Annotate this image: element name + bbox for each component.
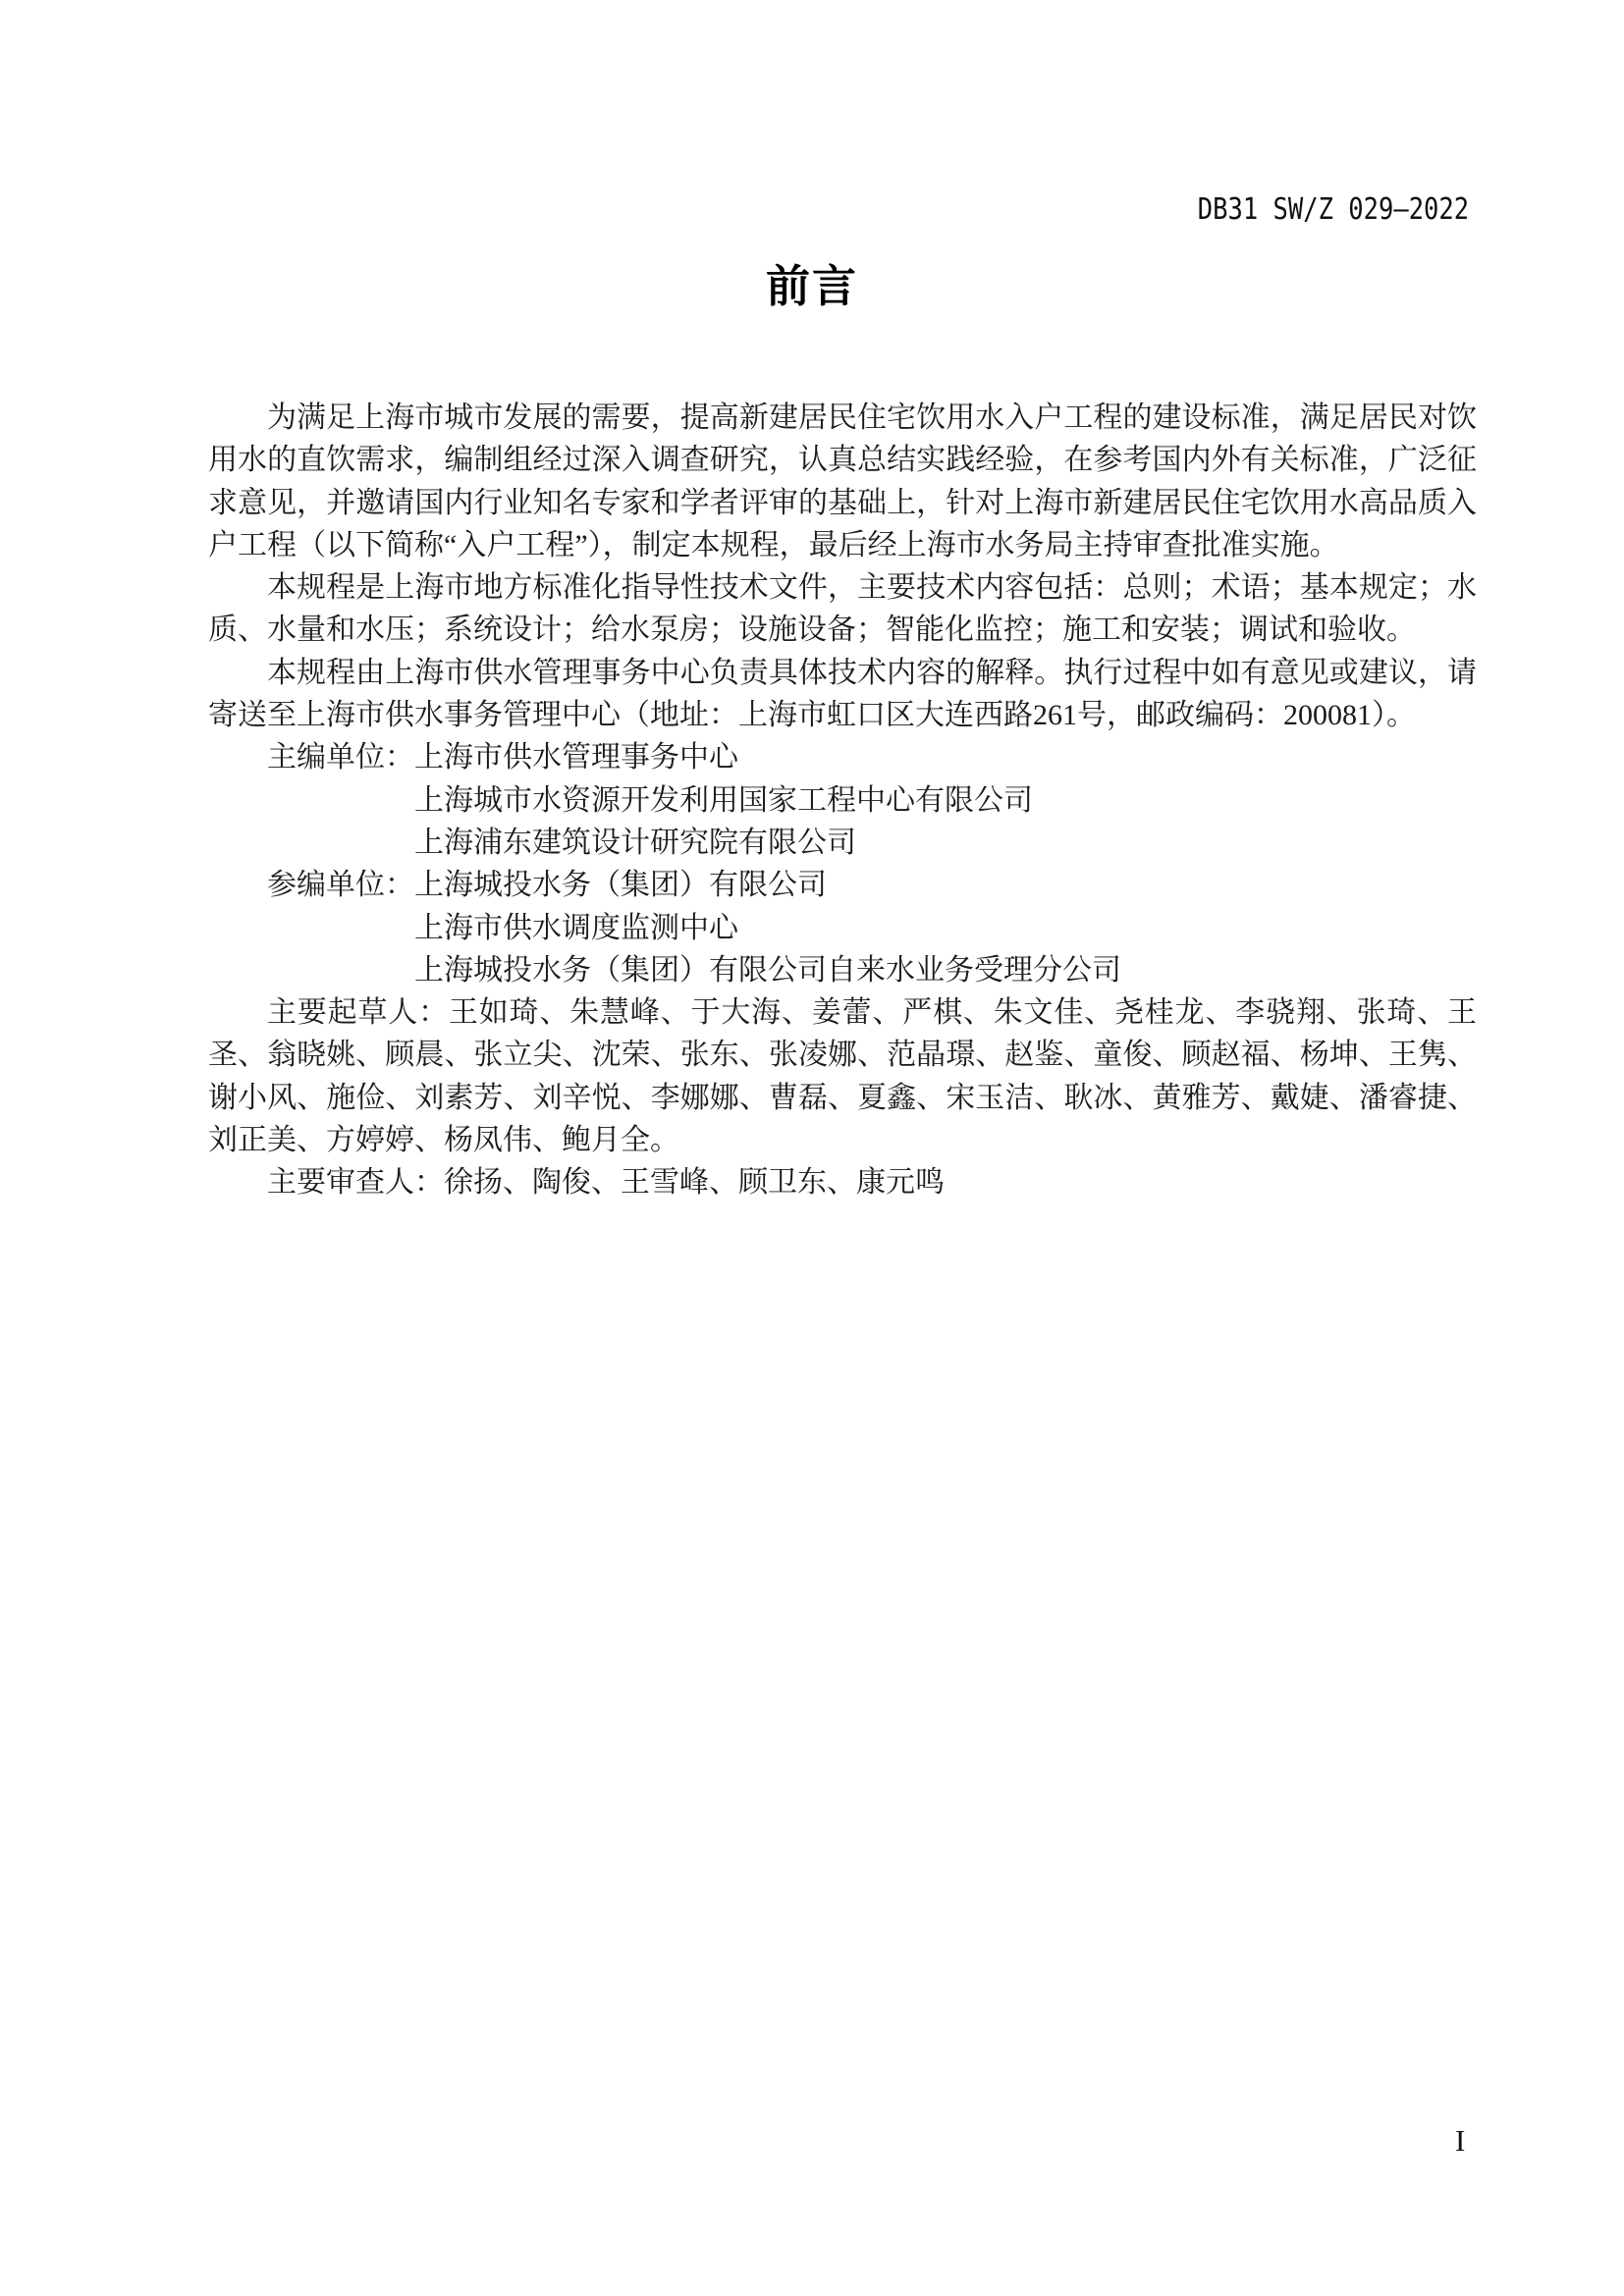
unit-name: 上海城市水资源开发利用国家工程中心有限公司 [414, 779, 1477, 822]
standard-code: DB31 SW/Z 029—2022 [1198, 192, 1469, 227]
unit-name: 上海城投水务（集团）有限公司 [414, 864, 1477, 906]
unit-name: 上海市供水调度监测中心 [414, 907, 1477, 949]
foreword-paragraph-1: 为满足上海市城市发展的需要，提高新建居民住宅饮用水入户工程的建设标准，满足居民对… [208, 397, 1477, 566]
reviewers-paragraph: 主要审查人：徐扬、陶俊、王雪峰、顾卫东、康元鸣 [208, 1161, 1477, 1203]
co-editor-units: 上海城投水务（集团）有限公司 上海市供水调度监测中心 上海城投水务（集团）有限公… [414, 864, 1477, 991]
unit-name: 上海浦东建筑设计研究院有限公司 [414, 822, 1477, 864]
reviewers-label: 主要审查人： [267, 1166, 444, 1199]
foreword-paragraph-3: 本规程由上海市供水管理事务中心负责具体技术内容的解释。执行过程中如有意见或建议，… [208, 652, 1477, 737]
drafters-label: 主要起草人： [267, 996, 449, 1029]
co-editor-label: 参编单位： [267, 864, 414, 991]
drafters-paragraph: 主要起草人：王如琦、朱慧峰、于大海、姜蕾、严棋、朱文佳、尧桂龙、李骁翔、张琦、王… [208, 991, 1477, 1161]
foreword-paragraph-2: 本规程是上海市地方标准化指导性技术文件，主要技术内容包括：总则；术语；基本规定；… [208, 566, 1477, 652]
chief-editor-label: 主编单位： [267, 736, 414, 864]
chief-editor-row: 主编单位： 上海市供水管理事务中心 上海城市水资源开发利用国家工程中心有限公司 … [208, 736, 1477, 864]
page-number: I [1455, 2123, 1465, 2159]
unit-name: 上海城投水务（集团）有限公司自来水业务受理分公司 [414, 949, 1477, 991]
page-title: 前言 [0, 261, 1624, 312]
unit-name: 上海市供水管理事务中心 [414, 736, 1477, 778]
reviewers-names: 徐扬、陶俊、王雪峰、顾卫东、康元鸣 [444, 1166, 945, 1199]
co-editor-row: 参编单位： 上海城投水务（集团）有限公司 上海市供水调度监测中心 上海城投水务（… [208, 864, 1477, 991]
document-page: DB31 SW/Z 029—2022 前言 为满足上海市城市发展的需要，提高新建… [0, 0, 1624, 2296]
chief-editor-units: 上海市供水管理事务中心 上海城市水资源开发利用国家工程中心有限公司 上海浦东建筑… [414, 736, 1477, 864]
foreword-body: 为满足上海市城市发展的需要，提高新建居民住宅饮用水入户工程的建设标准，满足居民对… [208, 397, 1477, 1204]
